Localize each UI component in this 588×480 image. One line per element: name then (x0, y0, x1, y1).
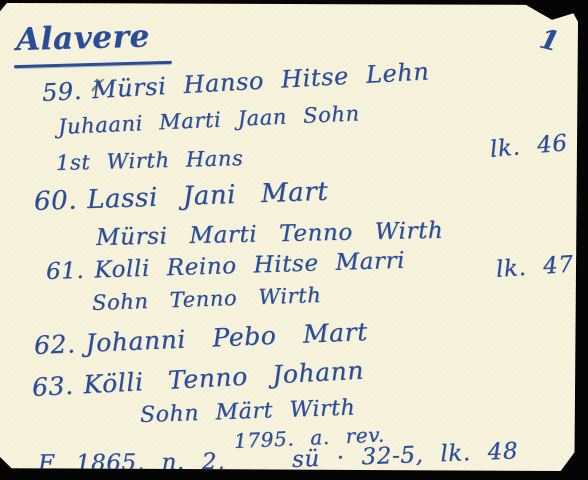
entry-63-line-1: 63.Kölli Tenno Johann (31, 358, 364, 400)
entry-59-page-ref: lk. 46 (489, 132, 569, 162)
scan-background: Alavere 1 ✗ 59.Mürsi Hanso Hitse Lehn Ju… (0, 0, 588, 480)
index-card: Alavere 1 ✗ 59.Mürsi Hanso Hitse Lehn Ju… (0, 3, 578, 471)
entry-61-text-1: Kolli Reino Hitse Marri (94, 248, 406, 284)
entry-59-line-3: 1st Wirth Hans (56, 148, 244, 174)
card-title: Alavere (16, 21, 151, 55)
footer-archive-ref-left: F. 1865, n. 2, (38, 451, 225, 476)
entry-59-number: 59. (41, 77, 82, 107)
entry-62-text-1: Johanni Pebo Mart (85, 317, 368, 358)
entry-61-page-ref: lk. 47 (495, 254, 574, 282)
entry-61-line-1: 61.Kolli Reino Hitse Marri (46, 250, 406, 284)
page-number: 1 (537, 25, 562, 56)
footer-archive-ref-right: sü · 32-5, lk. 48 (292, 440, 519, 472)
entry-60-line-2: Mürsi Marti Tenno Wirth (96, 220, 444, 250)
entry-62-line-1: 62.Johanni Pebo Mart (33, 319, 368, 358)
entry-61-line-2: Sohn Tenno Wirth (92, 285, 322, 314)
title-underline (14, 61, 172, 68)
entry-59-line-2: Juhaani Marti Jaan Sohn (58, 103, 361, 138)
entry-59-line-1: 59.Mürsi Hanso Hitse Lehn (41, 59, 430, 105)
entry-61-number: 61. (46, 258, 85, 285)
entry-60-text-1: Lassi Jani Mart (87, 177, 329, 215)
entry-62-number: 62. (33, 329, 76, 360)
entry-63-text-1: Kölli Tenno Johann (83, 356, 365, 400)
entry-60-number: 60. (33, 186, 77, 217)
entry-63-number: 63. (31, 371, 74, 402)
entry-63-line-2: Sohn Märt Wirth (140, 397, 356, 427)
entry-60-line-1: 60.Lassi Jani Mart (34, 179, 329, 215)
